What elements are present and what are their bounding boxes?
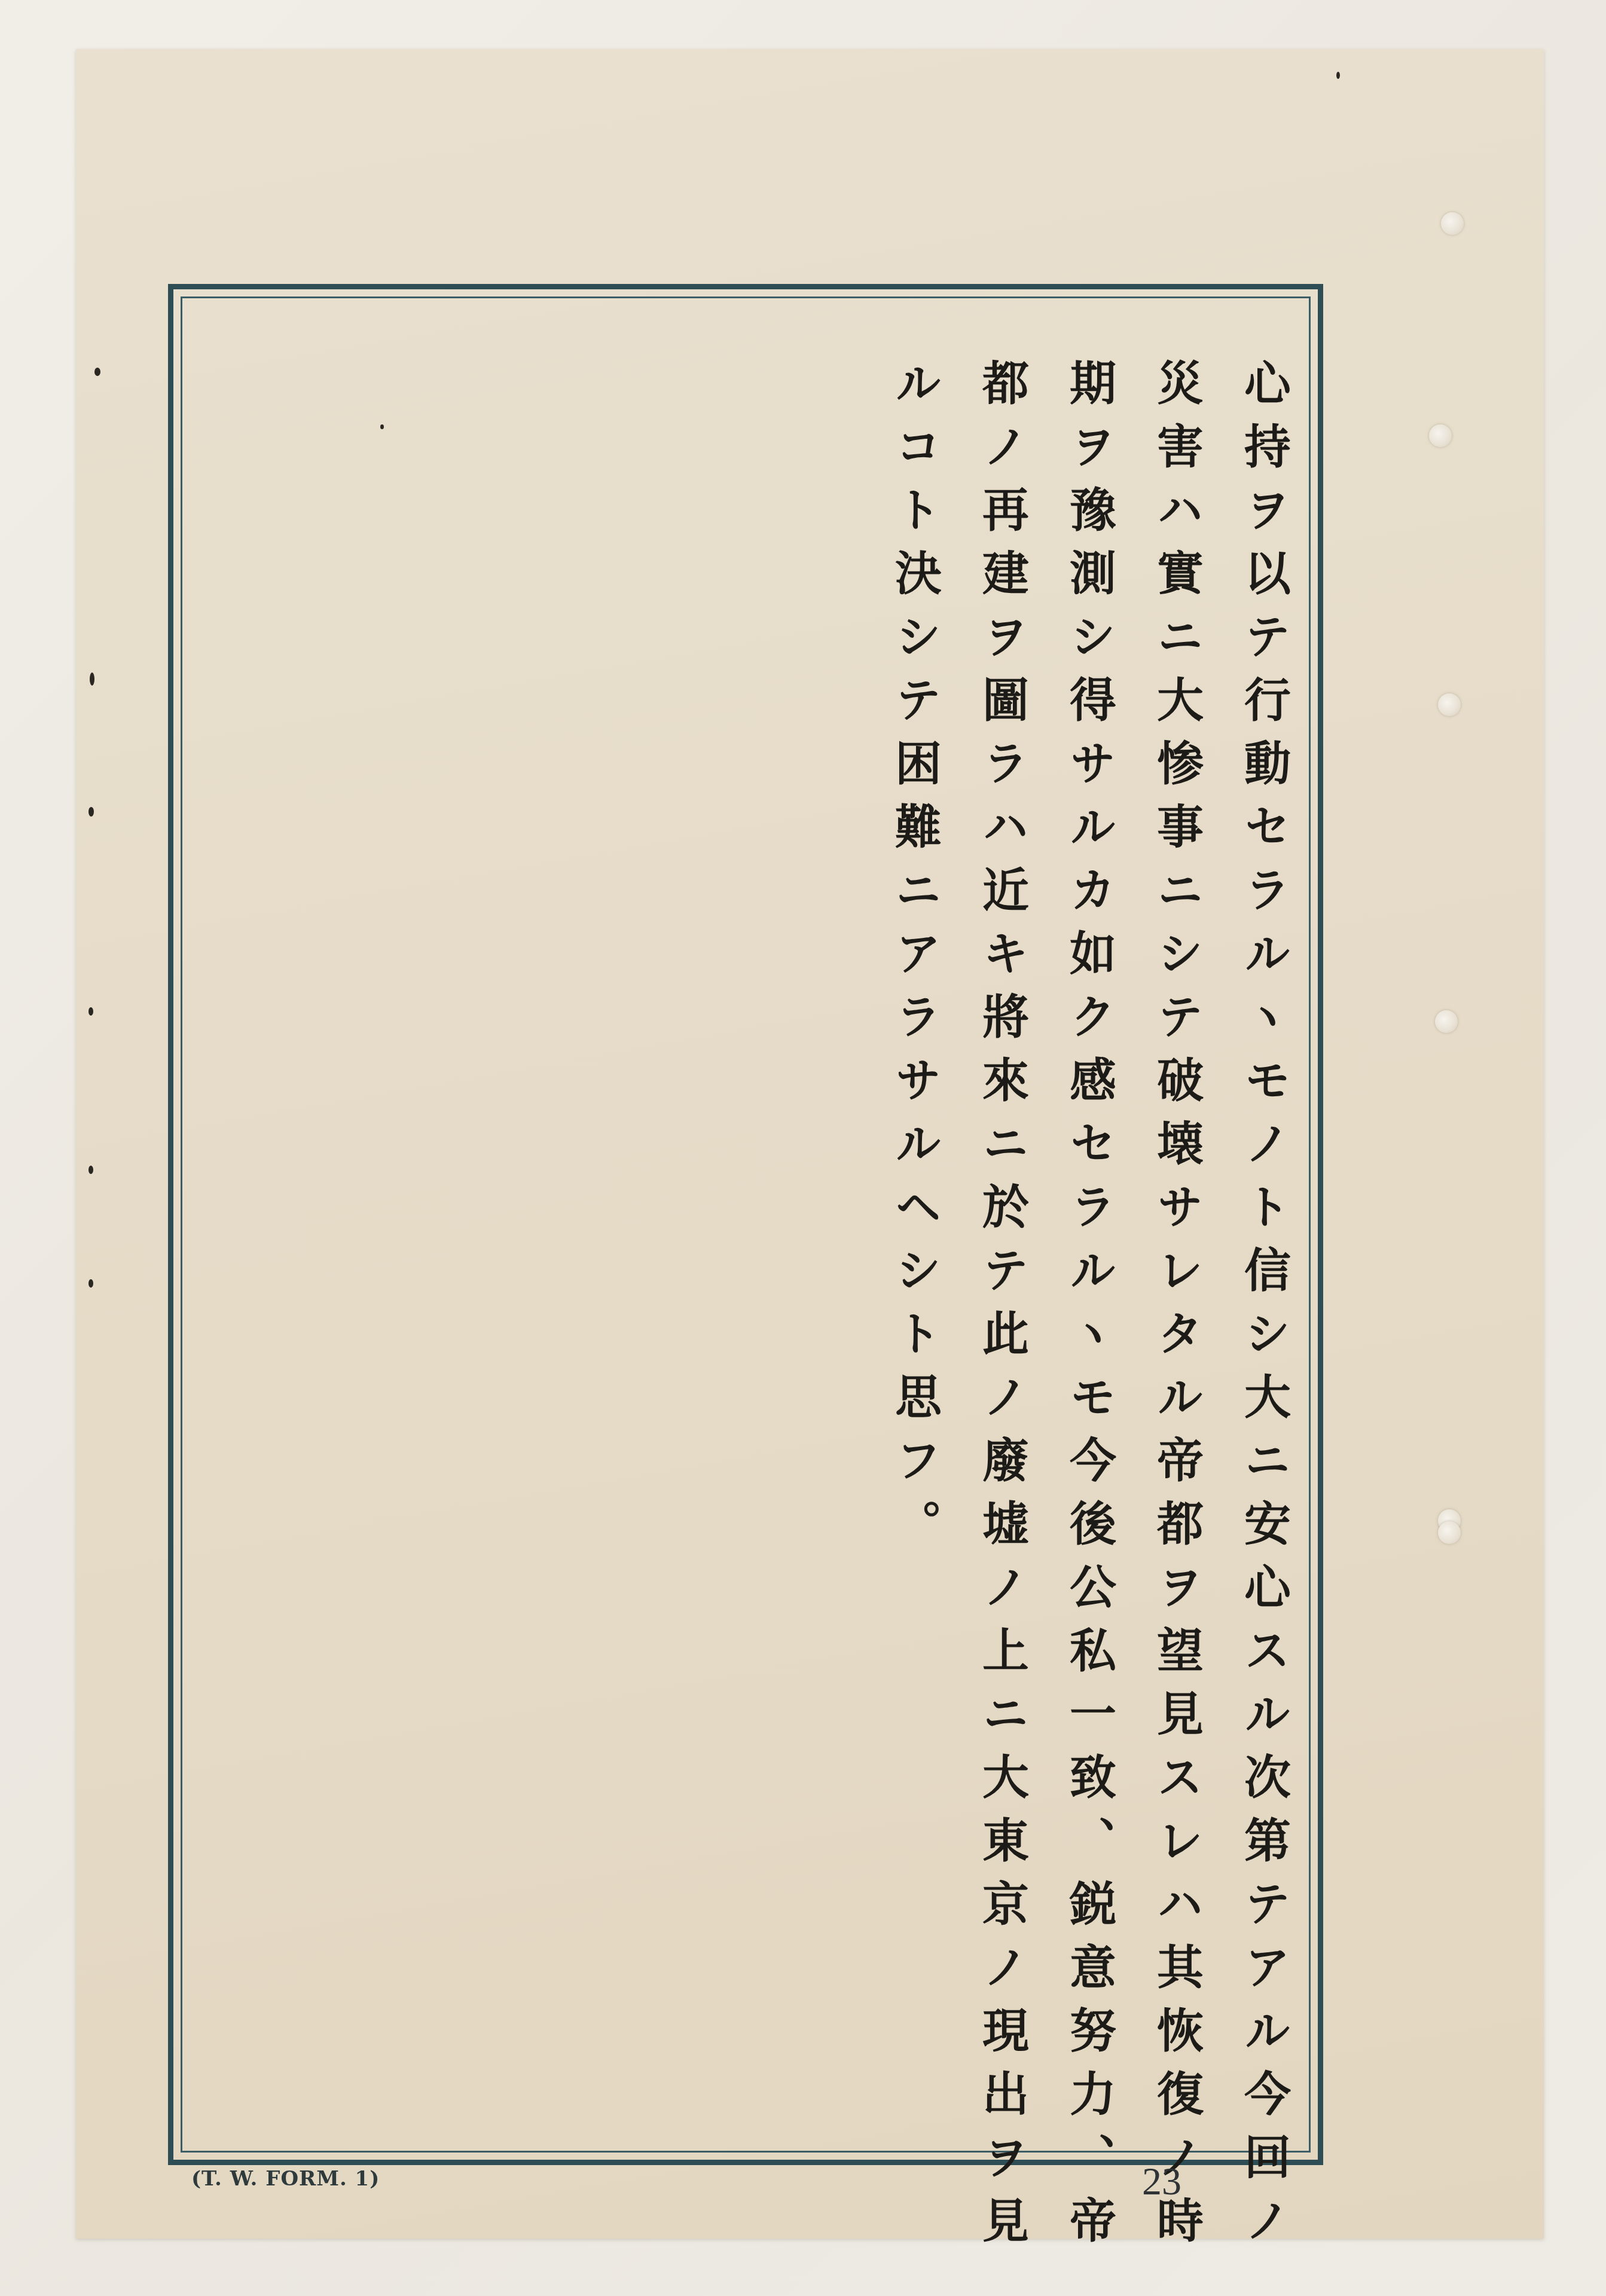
text-column-1: 心持ヲ以テ行動セラルヽモノト信シ大ニ安心スル次第テアル今回ノ [1220,359,1307,2140]
text-column-3: 期ヲ豫測シ得サルカ如ク感セラルヽモ今後公私一致、鋭意努力、帝 [1045,359,1132,2140]
binding-hole [1441,212,1464,235]
binding-hole [1438,1521,1461,1544]
text-column-5: ルコト決シテ困難ニアラサルヘシト思フ。 [871,359,958,2140]
text-column-2: 災害ハ實ニ大惨事ニシテ破壊サレタル帝都ヲ望見スレハ其恢復ノ時 [1132,359,1220,2140]
vertical-text-body: 心持ヲ以テ行動セラルヽモノト信シ大ニ安心スル次第テアル今回ノ 災害ハ實ニ大惨事ニ… [871,359,1307,2140]
ink-speck [88,1007,93,1016]
ink-speck [1336,72,1340,79]
ink-speck [88,1279,93,1288]
text-column-4: 都ノ再建ヲ圖ラハ近キ將來ニ於テ此ノ廢墟ノ上ニ大東京ノ現出ヲ見 [958,359,1045,2140]
form-label: (T. W. FORM. 1) [191,2167,380,2191]
binding-hole [1429,424,1452,447]
binding-hole [1438,693,1461,716]
ink-speck [88,807,94,817]
page-number: 23 [1142,2159,1181,2205]
binding-hole [1435,1010,1458,1033]
ink-speck [90,672,94,686]
ink-speck [94,368,100,376]
ink-speck [88,1166,93,1174]
